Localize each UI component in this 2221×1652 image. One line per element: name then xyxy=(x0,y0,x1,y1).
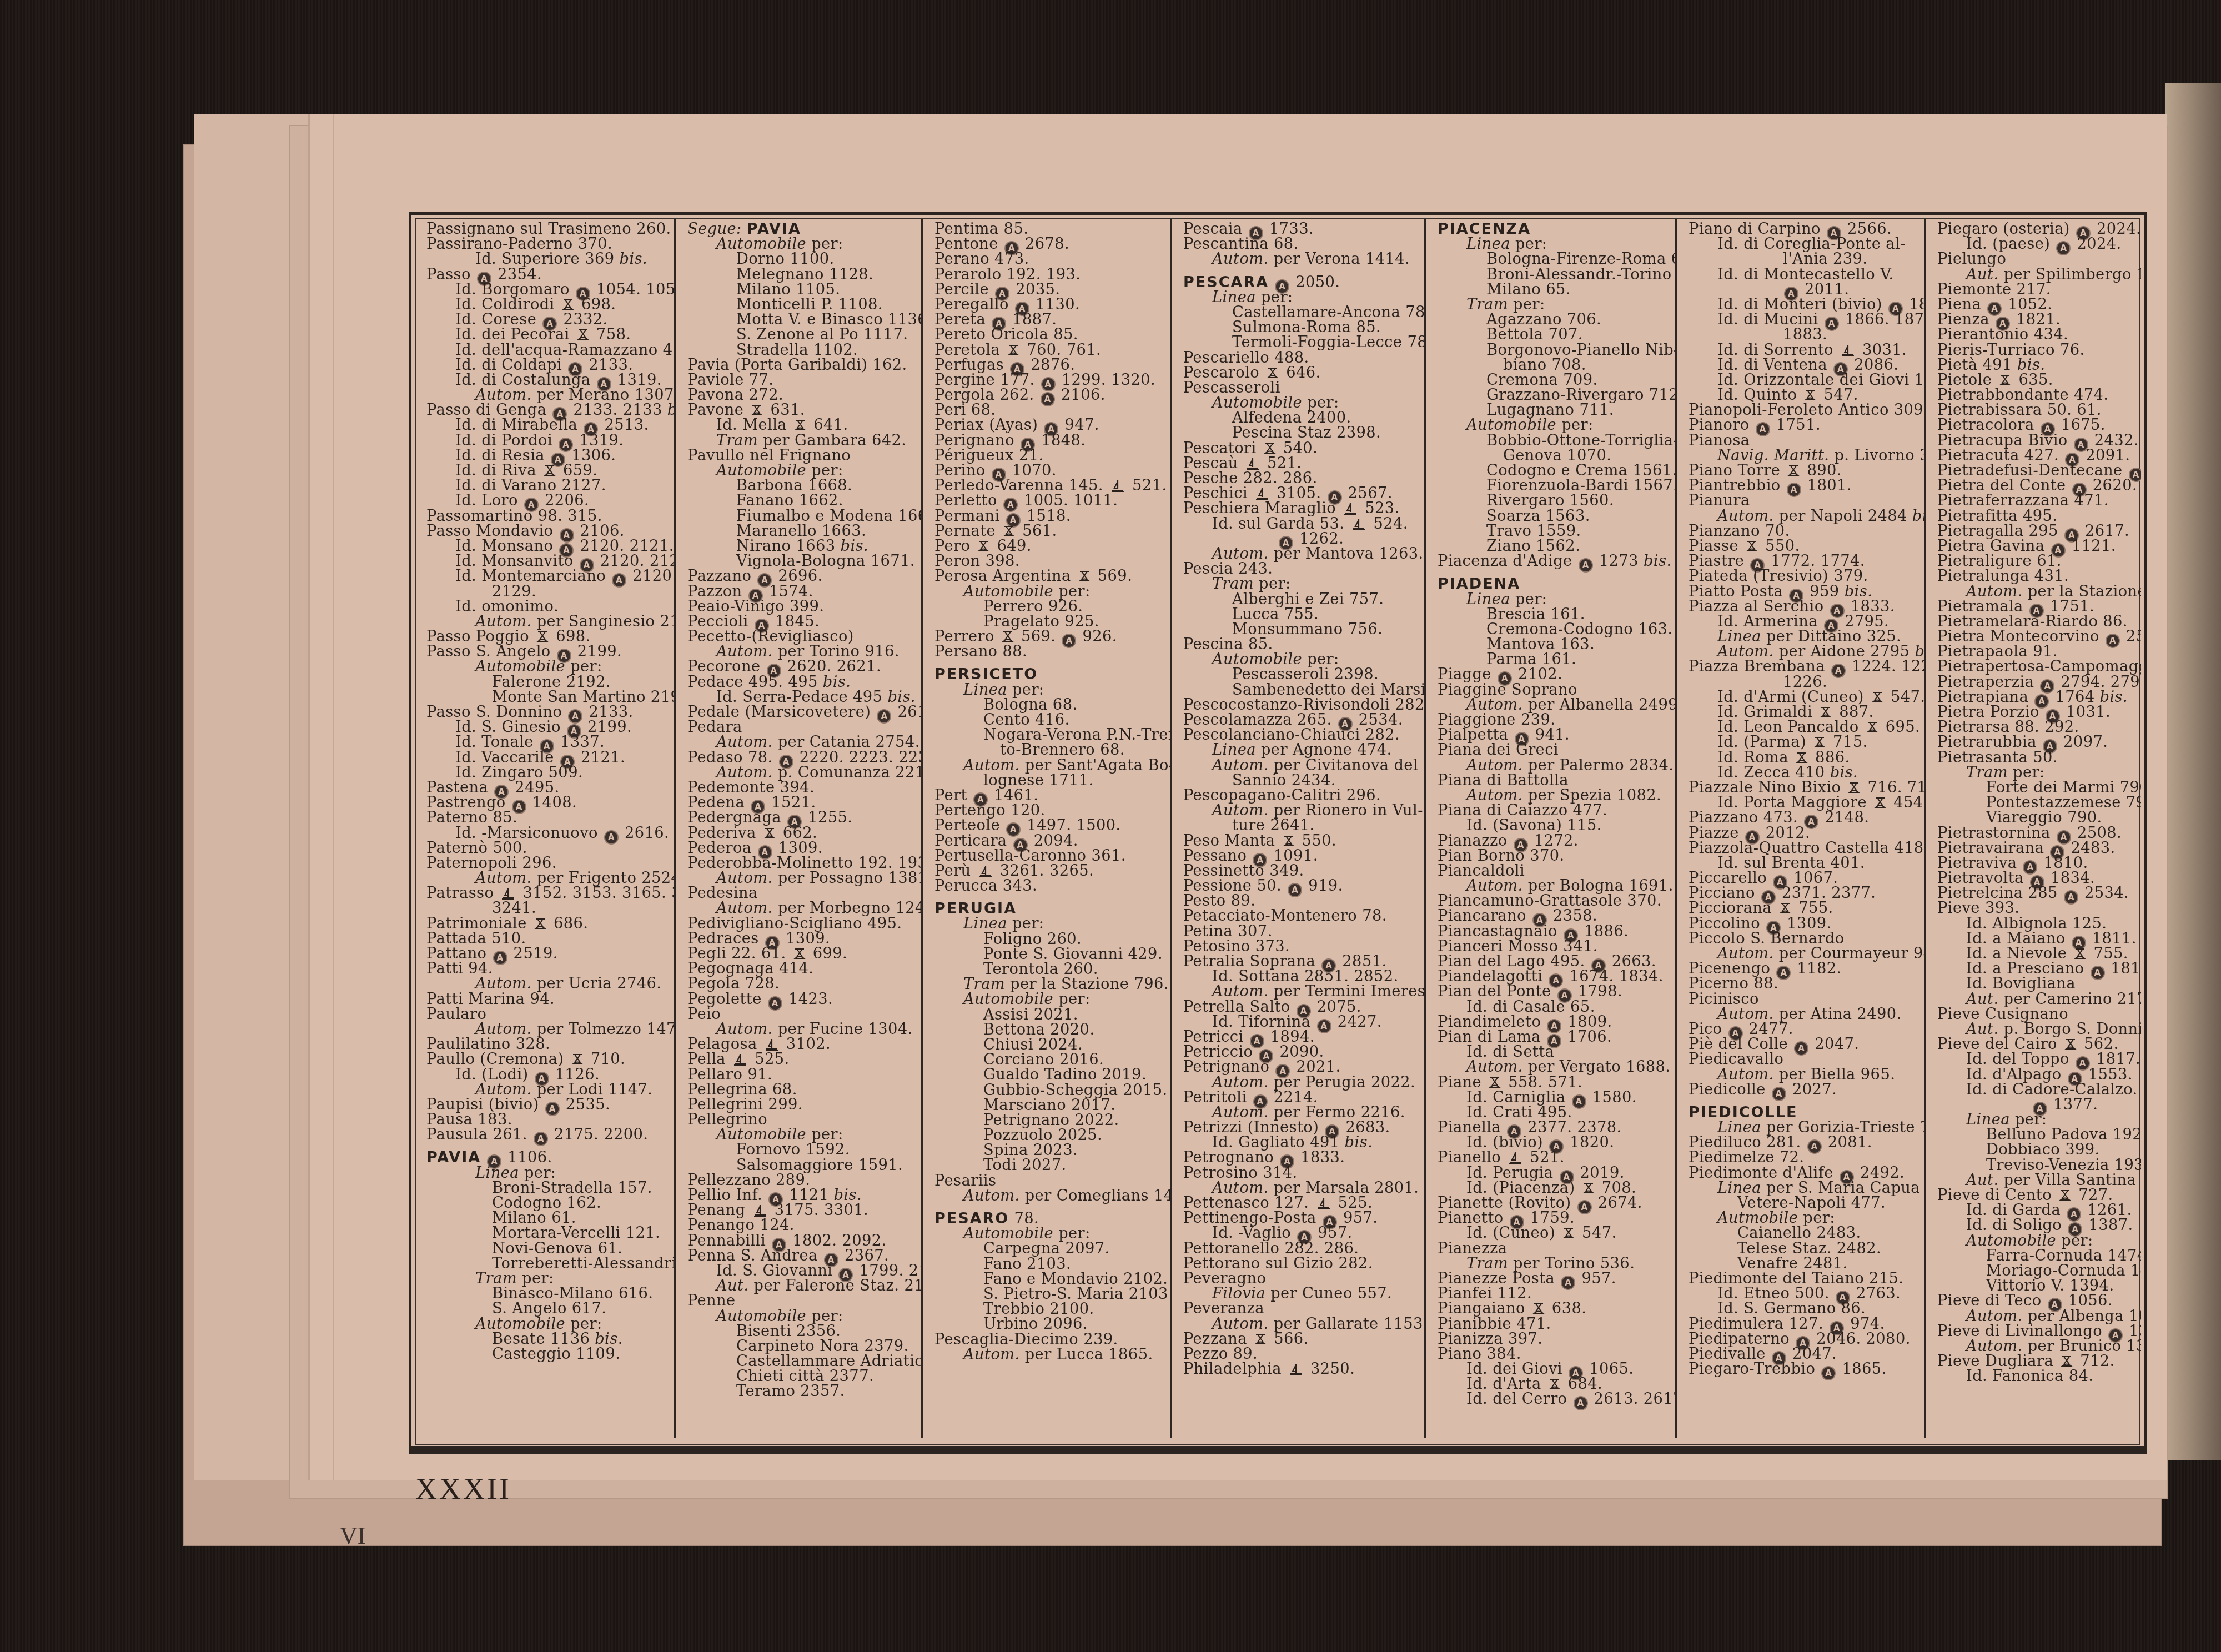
index-entry: Falerone 2192. xyxy=(426,675,674,690)
automobile-service-icon: A xyxy=(1042,393,1054,405)
entry-text: Id. Fanonica 84. xyxy=(1966,1368,2093,1385)
index-entry: Pian del Ponte A 1798. xyxy=(1438,984,1675,999)
entry-text: 521. xyxy=(1127,477,1167,494)
index-entry: Linea per Dittaino 325. xyxy=(1689,629,1924,644)
index-entry: Linea per: xyxy=(426,1166,674,1181)
entry-text: Piegaro-Trebbio xyxy=(1689,1360,1820,1378)
index-entry: Pietraferrazzana 471. xyxy=(1937,493,2141,508)
index-entry: Id. dei Pecorai 758. xyxy=(426,327,674,342)
entry-text: p. Livorno 3023 xyxy=(1829,447,1924,464)
index-entry: Id. S. Giovanni A 1799. 2194. xyxy=(687,1263,921,1278)
index-entry: Tram per Gambara 642. xyxy=(687,433,921,448)
index-entry: Piedicavallo xyxy=(1689,1052,1924,1067)
index-entry: Id. Monsano A 2120. 2121. 2129 xyxy=(426,539,674,554)
index-entry: Pianibbie 471. xyxy=(1438,1317,1675,1332)
index-entry: Pieve Cusignano xyxy=(1937,1007,2141,1022)
index-entry: Pianzano 70. xyxy=(1689,524,1924,539)
index-entry: Piediluco 281. A 2081. xyxy=(1689,1135,1924,1150)
index-entry: Todi 2027. xyxy=(934,1158,1170,1173)
index-entry: Pescaia A 1733. xyxy=(1183,222,1424,237)
index-entry: Pavone 631. xyxy=(687,403,921,418)
index-entry: Viareggio 790. xyxy=(1937,810,2141,825)
index-entry: Piagge A 2102. xyxy=(1438,667,1675,682)
city-heading: PAVIA xyxy=(426,1149,481,1166)
index-entry: Pentima 85. xyxy=(934,222,1170,237)
entry-text: 569. xyxy=(1093,568,1132,585)
index-entry: Pietramala A 1751. xyxy=(1937,599,2141,614)
index-entry: Permani A 1518. xyxy=(934,509,1170,524)
tram-bell-icon xyxy=(2059,1189,2071,1202)
index-entry: Percile A 2035. xyxy=(934,282,1170,297)
index-entry: Pianceri Mosso 341. xyxy=(1438,939,1675,954)
index-entry: PAVIA A 1106. xyxy=(426,1150,674,1165)
ship-anchor-icon xyxy=(1351,518,1366,531)
index-entry: Pietravairana A 2483. xyxy=(1937,841,2141,856)
index-entry: Passirano-Paderno 370. xyxy=(426,237,674,252)
index-entry: 3241. xyxy=(426,901,674,916)
index-entry: Patrimoniale 686. xyxy=(426,916,674,931)
index-entry: Pellio Inf. A 1121 bis. xyxy=(687,1188,921,1203)
index-entry: Urbino 2096. xyxy=(934,1317,1170,1332)
index-entry: Pietradefusi-Dentecane A 2513 xyxy=(1937,463,2141,478)
index-entry: Fiorenzuola-Bardi 1567. xyxy=(1438,478,1675,493)
index-entry: Cremona-Codogno 163. xyxy=(1438,622,1675,637)
index-entry: Navig. Maritt. p. Livorno 3023 xyxy=(1689,448,1924,463)
index-entry: Piccarello A 1067. xyxy=(1689,871,1924,886)
index-entry: Pianetto A 1759. xyxy=(1438,1211,1675,1226)
index-entry: ture 2641. xyxy=(1183,818,1424,833)
automobile-service-icon: A xyxy=(2065,891,2077,903)
index-entry: Pegolette A 1423. xyxy=(687,992,921,1007)
index-entry: Pennabilli A 1802. 2092. xyxy=(687,1233,921,1248)
tram-bell-icon xyxy=(977,540,989,553)
index-entry: Pietrapiana A 1764 bis. xyxy=(1937,690,2141,705)
entry-text: Vignola-Bologna 1671. 1672. xyxy=(736,553,921,570)
index-entry: Perticara A 2094. xyxy=(934,833,1170,848)
entry-text: per Possagno 1381. xyxy=(773,870,921,887)
index-entry: Pernate 561. xyxy=(934,524,1170,539)
ship-anchor-icon xyxy=(1110,479,1125,493)
index-entry: Id. Borgomaro A 1054. 1056. xyxy=(426,282,674,297)
index-entry: Pianopoli-Feroleto Antico 309. xyxy=(1689,403,1924,418)
index-entry: Mantova 163. xyxy=(1438,637,1675,652)
index-entry: Bisenti 2356. xyxy=(687,1324,921,1339)
entry-text: 686. xyxy=(549,915,588,932)
index-entry: Tram per: xyxy=(1438,297,1675,312)
entry-text: 1751. xyxy=(1771,416,1821,434)
index-column-6: Piano di Carpino A 2566.Id. di Coreglia-… xyxy=(1675,219,1924,1438)
entry-text: 2674. xyxy=(1593,1194,1642,1212)
index-entry: Maranello 1663. xyxy=(687,524,921,539)
index-entry: Pietrastornina A 2508. xyxy=(1937,826,2141,841)
index-entry: Persano 88. xyxy=(934,644,1170,659)
index-entry: Piaggine Soprano xyxy=(1438,682,1675,697)
index-entry: Fano 2103. xyxy=(934,1257,1170,1272)
tram-bell-icon xyxy=(1779,902,1791,915)
index-entry: Id. del Toppo A 1817. xyxy=(1937,1052,2141,1067)
index-entry: Pietra Porzio A 1031. xyxy=(1937,705,2141,720)
index-entry: Pesariis xyxy=(934,1173,1170,1188)
entry-text: 2047. xyxy=(1810,1036,1859,1053)
index-entry: Pietralunga 431. xyxy=(1937,569,2141,584)
entry-text: per Mantova 1263. xyxy=(1269,545,1424,563)
index-entry: Linea per Agnone 474. xyxy=(1183,742,1424,757)
index-entry: Pianella A 2377. 2378. xyxy=(1438,1120,1675,1135)
index-entry: Petrignano A 2021. xyxy=(1183,1060,1424,1074)
entry-text: Pausula 261. xyxy=(426,1126,532,1143)
index-entry: Foligno 260. xyxy=(934,932,1170,947)
index-entry: Automobile per: xyxy=(687,463,921,478)
tram-bell-icon xyxy=(571,1053,584,1066)
index-entry: Autom. per Termini Imerese 2818 xyxy=(1183,984,1424,999)
index-entry: Pescarolo 646. xyxy=(1183,365,1424,380)
index-entry: Chiusi 2024. xyxy=(934,1037,1170,1052)
index-entry: Piè del Colle A 2047. xyxy=(1689,1037,1924,1052)
index-entry: Pianezze Posta A 957. xyxy=(1438,1271,1675,1286)
index-entry: Piazzano 473. A 2148. xyxy=(1689,810,1924,825)
index-entry: Aut. per Villa Santina 1462. xyxy=(1937,1173,2141,1188)
index-entry: Autom. per Morbegno 1242. xyxy=(687,901,921,916)
index-entry: Pettenasco 127. 525. xyxy=(1183,1196,1424,1211)
index-entry: Pellegrino xyxy=(687,1112,921,1127)
index-entry: Farra-Cornuda 1474. xyxy=(1937,1248,2141,1263)
entry-text: 2535. xyxy=(561,1096,610,1113)
index-entry: Pian di Lama A 1706. xyxy=(1438,1030,1675,1045)
index-entry: Dobbiaco 399. xyxy=(1937,1142,2141,1157)
entry-text: 2534. xyxy=(2079,885,2129,902)
tram-bell-icon xyxy=(1007,344,1019,357)
index-entry: Piazza al Serchio A 1833. xyxy=(1689,599,1924,614)
index-entry: Pausula 261. A 2175. 2200. xyxy=(426,1127,674,1142)
entry-text: 547. xyxy=(1577,1224,1616,1242)
automobile-service-icon: A xyxy=(1575,1397,1587,1409)
index-entry: Pescariello 488. xyxy=(1183,350,1424,365)
service-label: bis. xyxy=(1912,508,1924,525)
index-entry: Pietrabbondante 474. xyxy=(1937,388,2141,403)
index-entry: Automobile per: xyxy=(426,1317,674,1332)
index-entry: Pettoranello 282. 286. xyxy=(1183,1241,1424,1256)
index-entry: Id. di Coldapi A 2133. xyxy=(426,358,674,373)
index-entry: Automobile per: xyxy=(687,1309,921,1324)
index-entry: Id. di Coreglia-Ponte al- xyxy=(1689,237,1924,252)
index-entry: Patrasso 3152. 3153. 3165. 3166 xyxy=(426,886,674,901)
index-entry: Pedaso 78. A 2220. 2223. 2231. xyxy=(687,750,921,765)
tram-bell-icon xyxy=(1871,691,1883,704)
index-entry: Pescina Staz 2398. xyxy=(1183,425,1424,440)
index-entry: Peron 398. xyxy=(934,554,1170,569)
entry-text: 454 xyxy=(1888,794,1923,811)
index-entry: Pianezza xyxy=(1438,1241,1675,1256)
entry-text: 3152. 3153. 3165. 3166 xyxy=(517,885,674,902)
index-entry: Petrizzi (Innesto) A 2683. xyxy=(1183,1120,1424,1135)
index-entry: Id. (paese) A 2024. xyxy=(1937,237,2141,252)
index-entry: Spina 2023. xyxy=(934,1143,1170,1158)
index-entry: Penne xyxy=(687,1293,921,1308)
index-entry: Piedimelze 72. xyxy=(1689,1150,1924,1165)
index-entry: Piazze A 2012. xyxy=(1689,826,1924,841)
index-entry: Piano di Carpino A 2566. xyxy=(1689,222,1924,237)
index-entry: Pederiva 662. xyxy=(687,826,921,841)
index-entry: Pescantina 68. xyxy=(1183,237,1424,252)
index-entry: Termoli-Foggia-Lecce 78. xyxy=(1183,335,1424,350)
index-entry: Milano 1105. xyxy=(687,282,921,297)
index-entry: Perano 473. xyxy=(934,252,1170,267)
entry-text: 638. xyxy=(1547,1300,1586,1317)
index-entry: Pella 525. xyxy=(687,1052,921,1067)
index-entry: Id. Superiore 369 bis. xyxy=(426,252,674,267)
entry-text: 1865. xyxy=(1837,1360,1886,1378)
index-entry: PESCARA A 2050. xyxy=(1183,275,1424,290)
automobile-service-icon: A xyxy=(546,1103,559,1115)
index-entry: Soarza 1563. xyxy=(1438,509,1675,524)
index-entry: Id. S. Germano 86. xyxy=(1689,1301,1924,1316)
index-column-5: PIACENZALinea per:Bologna-Firenze-Roma 6… xyxy=(1424,219,1675,1438)
index-entry: A 1377. xyxy=(1937,1097,2141,1112)
index-entry: Pescolamazza 265. A 2534. xyxy=(1183,712,1424,727)
entry-text: 2120. xyxy=(627,568,674,585)
entry-text: 2427. xyxy=(1333,1013,1382,1031)
index-entry: to-Brennero 68. xyxy=(934,742,1170,757)
automobile-service-icon: A xyxy=(605,831,617,843)
index-entry: Piana di Caiazzo 477. xyxy=(1438,803,1675,818)
index-entry: Id. (Parma) 715. xyxy=(1689,735,1924,750)
index-column-7: Piegaro (osteria) A 2024.Id. (paese) A 2… xyxy=(1924,219,2141,1438)
index-entry: Linea per: xyxy=(934,916,1170,931)
index-column-2: Segue: PAVIAAutomobile per:Dorno 1100.Me… xyxy=(674,219,921,1438)
index-entry: Id. sul Garda 53. 524. xyxy=(1183,516,1424,531)
service-label: Autom. xyxy=(963,1187,1020,1204)
index-entry: Piaggione 239. xyxy=(1438,712,1675,727)
tram-bell-icon xyxy=(1848,781,1860,795)
index-entry: Piccolo S. Bernardo xyxy=(1689,931,1924,946)
index-entry: Pezzo 89. xyxy=(1183,1347,1424,1362)
entry-text: 695. xyxy=(1881,719,1920,736)
entry-text: 2175. 2200. xyxy=(549,1126,648,1143)
index-entry: Piandelagotti A 1674. 1834. xyxy=(1438,969,1675,984)
index-entry: Pattano A 2519. xyxy=(426,946,674,961)
index-entry: Carpineto Nora 2379. xyxy=(687,1339,921,1354)
index-entry: Passo S. Donnino A 2133. xyxy=(426,705,674,720)
index-entry: Piazzola-Quattro Castella 418 xyxy=(1689,841,1924,856)
index-entry: Gubbio-Scheggia 2015. xyxy=(934,1083,1170,1098)
index-entry: Piedimonte del Taiano 215. xyxy=(1689,1271,1924,1286)
automobile-service-icon: A xyxy=(494,952,506,964)
page-number: XXXII xyxy=(415,1472,511,1506)
index-entry: Pietra del Conte A 2620. xyxy=(1937,478,2141,493)
index-entry: Id. Tonale A 1337. xyxy=(426,735,674,750)
index-entry: Picciano A 2371. 2377. xyxy=(1689,886,1924,901)
index-entry: Pietrafitta 495. xyxy=(1937,509,2141,524)
index-entry: Tram per la Stazione 796. xyxy=(934,977,1170,992)
index-entry: Peveranza xyxy=(1183,1301,1424,1316)
index-entry: Id. a Presciano A 1811. xyxy=(1937,961,2141,976)
index-entry: Pozzuolo 2025. xyxy=(934,1128,1170,1143)
index-entry: Pedale (Marsicovetere) A 2612. 2616 xyxy=(687,705,921,720)
index-entry: Pedace 495. 495 bis. xyxy=(687,675,921,690)
index-entry: Automobile per: xyxy=(1438,418,1675,433)
index-entry: Automobile per: xyxy=(1937,1233,2141,1248)
index-entry: Pavia (Porta Garibaldi) 162. xyxy=(687,358,921,373)
index-entry: Id. Montemarciano A 2120. xyxy=(426,569,674,584)
index-entry: Travo 1559. xyxy=(1438,524,1675,539)
index-entry: Agazzano 706. xyxy=(1438,312,1675,327)
index-entry: Id. Orizzontale dei Giovi 136 xyxy=(1689,373,1924,388)
index-entry: Autom. per Albenga 1064. xyxy=(1937,1309,2141,1324)
index-entry: Id. di Mirabella A 2513. xyxy=(426,418,674,433)
index-entry: Alfedena 2400. xyxy=(1183,410,1424,425)
tram-bell-icon xyxy=(1003,525,1015,538)
automobile-service-icon: A xyxy=(1573,1096,1585,1108)
index-entry: Pienza A 1821. xyxy=(1937,312,2141,327)
index-entry: Castellammare Adriatico 2371. xyxy=(687,1354,921,1369)
tram-bell-icon xyxy=(793,947,806,961)
index-entry: Autom. per Brunico 1309. xyxy=(1937,1339,2141,1354)
index-entry: PIEDICOLLE xyxy=(1689,1105,1924,1120)
index-entry: Aut. per Camerino 2177. xyxy=(1937,992,2141,1007)
index-entry: Pietrarubbia A 2097. xyxy=(1937,735,2141,750)
index-entry: Peregallo A 1130. xyxy=(934,297,1170,312)
index-entry: Picerno 88. xyxy=(1689,976,1924,991)
tram-bell-icon xyxy=(1267,366,1279,380)
index-entry: Pietravolta A 1834. xyxy=(1937,871,2141,886)
index-entry: Paularo xyxy=(426,1007,674,1022)
index-entry: Automobile per: xyxy=(934,1226,1170,1241)
index-entry: Cento 416. xyxy=(934,712,1170,727)
index-entry: Pianosa xyxy=(1689,433,1924,448)
index-entry: Pianette (Rovito) A 2674. xyxy=(1438,1196,1675,1211)
index-entry: Id. Vaccarile A 2121. xyxy=(426,750,674,765)
index-entry: Autom. per Napoli 2484 bis. xyxy=(1689,509,1924,524)
tram-bell-icon xyxy=(1582,1182,1595,1195)
index-entry: Ziano 1562. xyxy=(1438,539,1675,554)
index-entry: Pellaro 91. xyxy=(687,1067,921,1082)
index-entry: Sulmona-Roma 85. xyxy=(1183,320,1424,335)
index-entry: Perino A 1070. xyxy=(934,463,1170,478)
index-entry: Pederoa A 1309. xyxy=(687,841,921,856)
entry-text: Patrasso xyxy=(426,885,499,902)
entry-text: 547. xyxy=(1886,689,1924,706)
index-entry: Petosino 373. xyxy=(1183,939,1424,954)
index-entry: Barbona 1668. xyxy=(687,478,921,493)
index-entry: Linea per: xyxy=(1937,1112,2141,1127)
index-entry: Id. dell'acqua-Ramazzano 434 xyxy=(426,343,674,358)
index-entry: Id. Zingaro 509. xyxy=(426,765,674,780)
ship-anchor-icon xyxy=(1343,502,1358,515)
entry-text: 2081. xyxy=(1823,1134,1872,1151)
index-entry: Id. d'Alpago A 1553. xyxy=(1937,1067,2141,1082)
index-entry: Perosa Argentina 569. xyxy=(934,569,1170,584)
index-entry: Autom. per Civitanova del xyxy=(1183,758,1424,773)
index-entry: Terontola 260. xyxy=(934,962,1170,977)
entry-text: per Tolmezzo 1472. xyxy=(532,1021,674,1038)
index-entry: Piano 384. xyxy=(1438,1347,1675,1362)
index-entry: Id. Etneo 500. A 2763. xyxy=(1689,1286,1924,1301)
index-entry: Pertusella-Caronno 361. xyxy=(934,848,1170,863)
entry-text: 2565. xyxy=(2121,628,2141,645)
index-entry: Pescia 243. xyxy=(1183,561,1424,576)
index-entry: Automobile per: xyxy=(426,659,674,674)
index-entry: Id. Tifornina A 2427. xyxy=(1183,1015,1424,1030)
index-entry: Petrognano A 1833. xyxy=(1183,1150,1424,1165)
index-entry: Linea per S. Maria Capua xyxy=(1689,1181,1924,1196)
index-entry: Piedipaterno A 2046. 2080. xyxy=(1689,1332,1924,1347)
index-entry: Autom. per Marsala 2801. xyxy=(1183,1181,1424,1196)
index-entry: Autom. per Palermo 2834. xyxy=(1438,758,1675,773)
index-entry: Autom. per Catania 2754. xyxy=(687,735,921,750)
index-entry: Linea per: xyxy=(1183,290,1424,305)
index-entry: Torreberetti-Alessandria 125. xyxy=(426,1256,674,1271)
entry-text: Id. del Cerro xyxy=(1466,1390,1572,1408)
index-entry: Pietrasanta 50. xyxy=(1937,750,2141,765)
index-entry: Peso Manta 550. xyxy=(1183,833,1424,848)
index-entry: Pastrengo A 1408. xyxy=(426,795,674,810)
index-entry: Id. di Mucini A 1866. 1878. xyxy=(1689,312,1924,327)
index-entry: Vetere-Napoli 477. xyxy=(1689,1196,1924,1211)
tram-bell-icon xyxy=(562,298,574,312)
index-entry: Pietraviva A 1810. xyxy=(1937,856,2141,871)
index-entry: Piedimonte d'Alife A 2492. xyxy=(1689,1166,1924,1181)
index-entry: Pietragalla 295 A 2617. xyxy=(1937,524,2141,539)
index-entry: Trebbio 2100. xyxy=(934,1302,1170,1317)
tram-bell-icon xyxy=(577,328,589,342)
index-entry: Piedimulera 127. A 974. xyxy=(1689,1317,1924,1332)
index-entry: Périgueux 21. xyxy=(934,448,1170,463)
index-entry: Pescolanciano-Chiauci 282. xyxy=(1183,727,1424,742)
underlying-page-number: VI xyxy=(340,1522,365,1550)
entry-text: 926. xyxy=(1077,628,1117,645)
index-entry: Pragelato 925. xyxy=(934,614,1170,629)
index-entry: Pedesina xyxy=(687,886,921,901)
index-entry: Pierantonio 434. xyxy=(1937,327,2141,342)
index-entry: Paternopoli 296. xyxy=(426,856,674,871)
ship-anchor-icon xyxy=(1289,1363,1303,1376)
index-entry: Autom. per Frigento 2524. xyxy=(426,871,674,886)
index-entry: Philadelphia 3250. xyxy=(1183,1362,1424,1377)
index-entry: Pertengo 120. xyxy=(934,803,1170,818)
index-entry: Pescasseroli 2398. xyxy=(1183,667,1424,682)
index-entry: Pettinengo-Posta A 957. xyxy=(1183,1211,1424,1226)
index-entry: Automobile per: xyxy=(687,237,921,252)
index-entry: Assisi 2021. xyxy=(934,1007,1170,1022)
index-entry: Id. -Vaglio A 957. xyxy=(1183,1226,1424,1241)
index-entry: Pettorano sul Gizio 282. xyxy=(1183,1256,1424,1271)
entry-text: 646. xyxy=(1281,364,1320,381)
tram-bell-icon xyxy=(2074,947,2086,961)
index-entry: Id. (Cuneo) 547. xyxy=(1438,1226,1675,1241)
automobile-service-icon: A xyxy=(1580,559,1592,571)
index-entry: Perfugas A 2876. xyxy=(934,358,1170,373)
index-entry: Lugagnano 711. xyxy=(1438,403,1675,418)
index-entry: Peaio-Vinigo 399. xyxy=(687,599,921,614)
index-column-3: Pentima 85.Pentone A 2678.Perano 473.Per… xyxy=(921,219,1170,1438)
service-label: bis. xyxy=(1345,1134,1373,1151)
index-entry: Pergine 177. A 1299. 1320. xyxy=(934,373,1170,388)
index-entry: Passo Mondavio A 2106. xyxy=(426,524,674,539)
index-entry: Paterno 85. xyxy=(426,810,674,825)
index-entry: Tram per Torino 536. xyxy=(1438,1256,1675,1271)
index-entry: Filovia per Cuneo 557. xyxy=(1183,1286,1424,1301)
automobile-service-icon: A xyxy=(1579,1201,1591,1213)
index-entry: Pieve 393. xyxy=(1937,901,2141,916)
index-entry: Piano Torre 890. xyxy=(1689,463,1924,478)
entry-text: Perucca 343. xyxy=(934,877,1037,895)
entry-text: 2106. xyxy=(1056,386,1106,404)
index-entry: Pescasseroli xyxy=(1183,380,1424,395)
index-entry: Pero 649. xyxy=(934,539,1170,554)
index-entry: Casteggio 1109. xyxy=(426,1347,674,1362)
index-entry: S. Pietro-S. Maria 2103 bis. xyxy=(934,1287,1170,1302)
index-entry: Id. (bivio) A 1820. xyxy=(1438,1135,1675,1150)
